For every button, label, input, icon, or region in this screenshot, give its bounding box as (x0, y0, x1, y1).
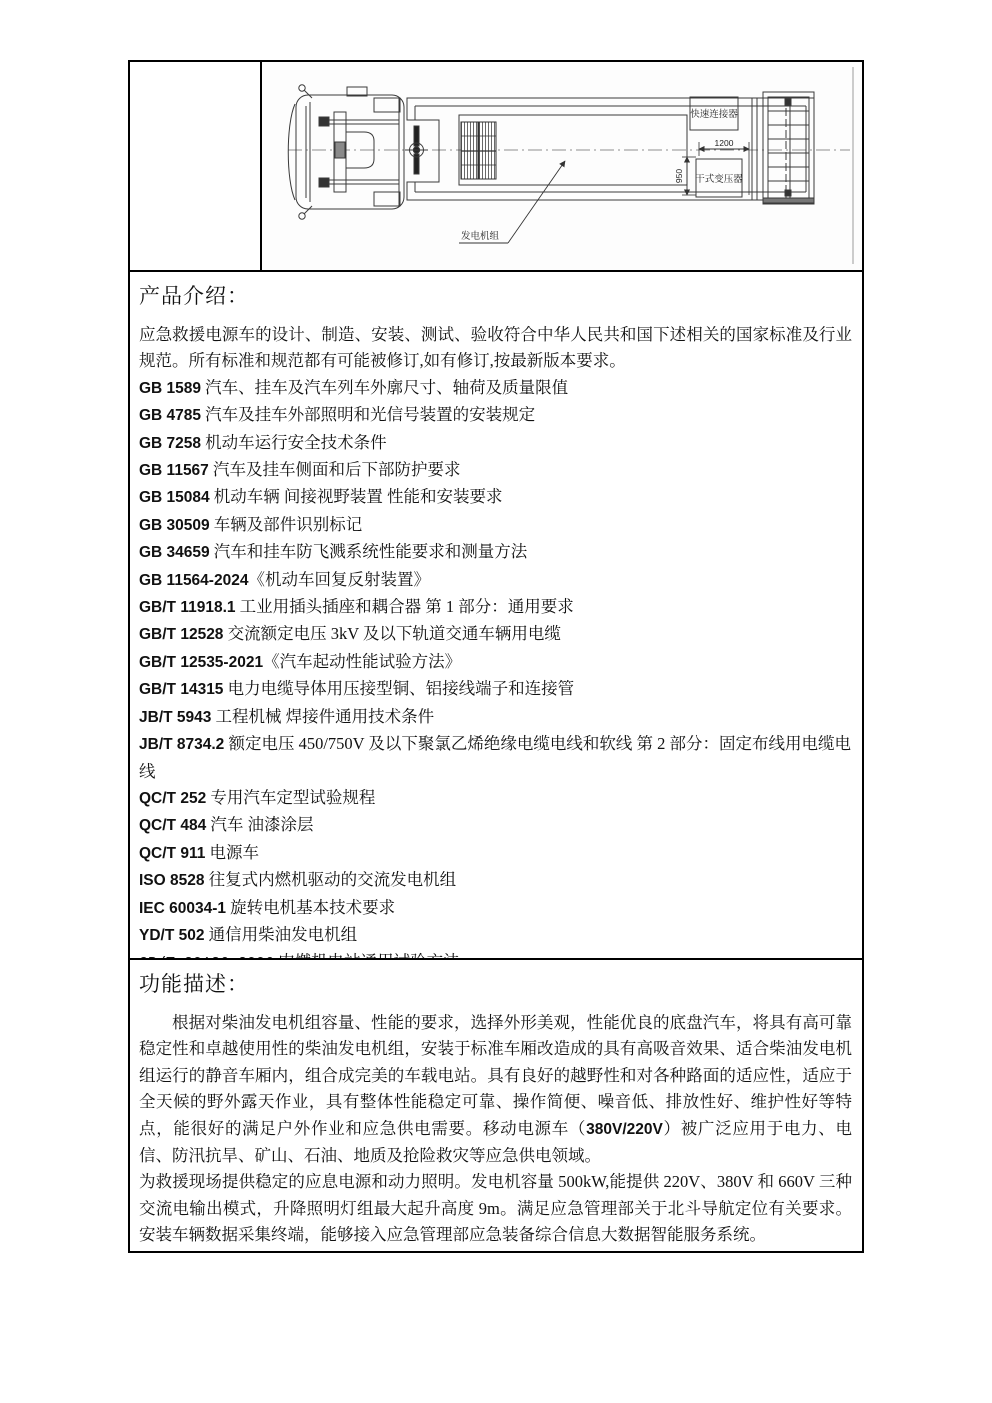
standard-desc: 车辆及部件识别标记 (210, 515, 363, 534)
drawing-cell: 快速连接器 干式变压器 1200 (262, 62, 862, 270)
standard-code: GB 34659 (139, 544, 210, 561)
standard-code: JB/T 5943 (139, 709, 211, 726)
standard-desc: 电力电缆导体用压接型铜、铝接线端子和连接管 (223, 679, 574, 698)
function-desc-paragraph-1: 根据对柴油发电机组容量、性能的要求，选择外形美观，性能优良的底盘汽车，将具有高可… (139, 1010, 852, 1169)
standard-desc: 工程机械 焊接件通用技术条件 (211, 707, 434, 726)
function-desc-title: 功能描述： (139, 968, 852, 998)
empty-cell (130, 62, 262, 270)
standard-desc: 汽车、挂车及汽车列车外廓尺寸、轴荷及质量限值 (201, 378, 568, 397)
standard-item: GB 1589 汽车、挂车及汽车列车外廓尺寸、轴荷及质量限值 (139, 375, 852, 402)
standard-code: GB 4785 (139, 407, 201, 424)
standard-code: GB 30509 (139, 517, 210, 534)
standard-item: YD/T 502 通信用柴油发电机组 (139, 922, 852, 949)
truck-cab (288, 85, 404, 219)
standard-desc: 工业用插头插座和耦合器 第 1 部分：通用要求 (236, 597, 574, 616)
standard-item: GB/T 14315 电力电缆导体用压接型铜、铝接线端子和连接管 (139, 676, 852, 703)
standard-item: QC/T 252 专用汽车定型试验规程 (139, 785, 852, 812)
standard-desc: 往复式内燃机驱动的交流发电机组 (205, 870, 457, 889)
standard-item: JB/T 8734.2 额定电压 450/750V 及以下聚氯乙烯绝缘电缆电线和… (139, 731, 852, 785)
product-intro-title: 产品介绍： (139, 280, 852, 310)
hatch-grid (461, 122, 496, 179)
standard-item: JB/T 5943 工程机械 焊接件通用技术条件 (139, 704, 852, 731)
standard-item: GB 15084 机动车辆 间接视野装置 性能和安装要求 (139, 484, 852, 511)
standard-code: GB 15084 (139, 489, 210, 506)
standard-desc: 汽车 油漆涂层 (206, 815, 313, 834)
standard-desc: 专用汽车定型试验规程 (206, 788, 375, 807)
standard-desc: 旋转电机基本技术要求 (226, 898, 395, 917)
standard-code: QC/T 252 (139, 790, 206, 807)
standards-list: GB 1589 汽车、挂车及汽车列车外廓尺寸、轴荷及质量限值 GB 4785 汽… (139, 375, 852, 960)
document-page: { "drawing": { "quick_connector": "快速连接器… (0, 0, 992, 1403)
standard-code: YD/T 502 (139, 927, 204, 944)
standard-item: ISO 8528 往复式内燃机驱动的交流发电机组 (139, 867, 852, 894)
standard-item: GB/T 20136-2006 内燃机电站通用试验方法 (139, 949, 852, 960)
document-table: 快速连接器 干式变压器 1200 (128, 60, 864, 1253)
voltage-highlight: 380V/220V (586, 1121, 663, 1138)
standard-code: IEC 60034-1 (139, 900, 226, 917)
standard-desc: 汽车及挂车侧面和后下部防护要求 (209, 460, 461, 479)
fan-shaft (405, 126, 428, 174)
standard-item: GB 7258 机动车运行安全技术条件 (139, 430, 852, 457)
function-desc-paragraph-2: 为救援现场提供稳定的应息电源和动力照明。发电机容量 500kW,能提供 220V… (139, 1169, 852, 1248)
standard-code: GB 1589 (139, 380, 201, 397)
dimension-950: 950 (674, 157, 696, 195)
standard-item: GB 11564-2024《机动车回复反射装置》 (139, 567, 852, 594)
standard-item: GB 4785 汽车及挂车外部照明和光信号装置的安装规定 (139, 402, 852, 429)
dim-950-label: 950 (674, 169, 684, 183)
standard-desc: 汽车和挂车防飞溅系统性能要求和测量方法 (210, 542, 528, 561)
standard-desc: 汽车及挂车外部照明和光信号装置的安装规定 (201, 405, 535, 424)
vehicle-cad-drawing: 快速连接器 干式变压器 1200 (262, 62, 862, 270)
standard-item: GB/T 12528 交流额定电压 3kV 及以下轨道交通车辆用电缆 (139, 621, 852, 648)
drawing-row: 快速连接器 干式变压器 1200 (130, 62, 862, 272)
standard-code: ISO 8528 (139, 872, 205, 889)
standard-desc: 《机动车回复反射装置》 (248, 570, 430, 589)
standard-item: IEC 60034-1 旋转电机基本技术要求 (139, 895, 852, 922)
standard-item: GB 11567 汽车及挂车侧面和后下部防护要求 (139, 457, 852, 484)
standard-code: GB 7258 (139, 435, 201, 452)
standard-item: QC/T 484 汽车 油漆涂层 (139, 812, 852, 839)
standard-code: GB 11567 (139, 462, 209, 479)
dim-1200-label: 1200 (715, 138, 734, 148)
standard-code: QC/T 484 (139, 817, 206, 834)
generator-set-label: 发电机组 (461, 230, 500, 242)
product-intro-section: 产品介绍： 应急救援电源车的设计、制造、安装、测试、验收符合中华人民共和国下述相… (130, 272, 862, 960)
standard-item: QC/T 911 电源车 (139, 840, 852, 867)
transformer-box: 干式变压器 (695, 159, 743, 197)
standard-item: GB/T 12535-2021《汽车起动性能试验方法》 (139, 649, 852, 676)
standard-code: GB 11564-2024 (139, 572, 248, 589)
standard-desc: 电源车 (205, 843, 259, 862)
standard-code: GB/T 11918.1 (139, 599, 236, 616)
standard-desc: 额定电压 450/750V 及以下聚氯乙烯绝缘电缆电线和软线 第 2 部分：固定… (139, 734, 851, 780)
standard-desc: 交流额定电压 3kV 及以下轨道交通车辆用电缆 (223, 624, 561, 643)
standard-item: GB 34659 汽车和挂车防飞溅系统性能要求和测量方法 (139, 539, 852, 566)
standard-code: JB/T 8734.2 (139, 736, 224, 753)
standard-code: GB/T 12535-2021 (139, 654, 263, 671)
standard-desc: 机动车辆 间接视野装置 性能和安装要求 (210, 487, 503, 506)
product-intro-paragraph: 应急救援电源车的设计、制造、安装、测试、验收符合中华人民共和国下述相关的国家标准… (139, 322, 852, 375)
standard-desc: 机动车运行安全技术条件 (201, 433, 387, 452)
standard-desc: 《汽车起动性能试验方法》 (263, 652, 461, 671)
standard-code: GB/T 12528 (139, 626, 223, 643)
standard-code: QC/T 911 (139, 845, 205, 862)
rear-ladder (752, 92, 814, 204)
transformer-label: 干式变压器 (695, 173, 743, 185)
standard-code: GB/T 14315 (139, 681, 223, 698)
quick-connector-box: 快速连接器 (690, 97, 738, 130)
function-desc-section: 功能描述： 根据对柴油发电机组容量、性能的要求，选择外形美观，性能优良的底盘汽车… (130, 960, 862, 1251)
standard-desc: 内燃机电站通用试验方法 (274, 952, 460, 960)
standard-item: GB 30509 车辆及部件识别标记 (139, 512, 852, 539)
standard-item: GB/T 11918.1 工业用插头插座和耦合器 第 1 部分：通用要求 (139, 594, 852, 621)
standard-desc: 通信用柴油发电机组 (204, 925, 357, 944)
quick-connector-label: 快速连接器 (690, 108, 738, 120)
